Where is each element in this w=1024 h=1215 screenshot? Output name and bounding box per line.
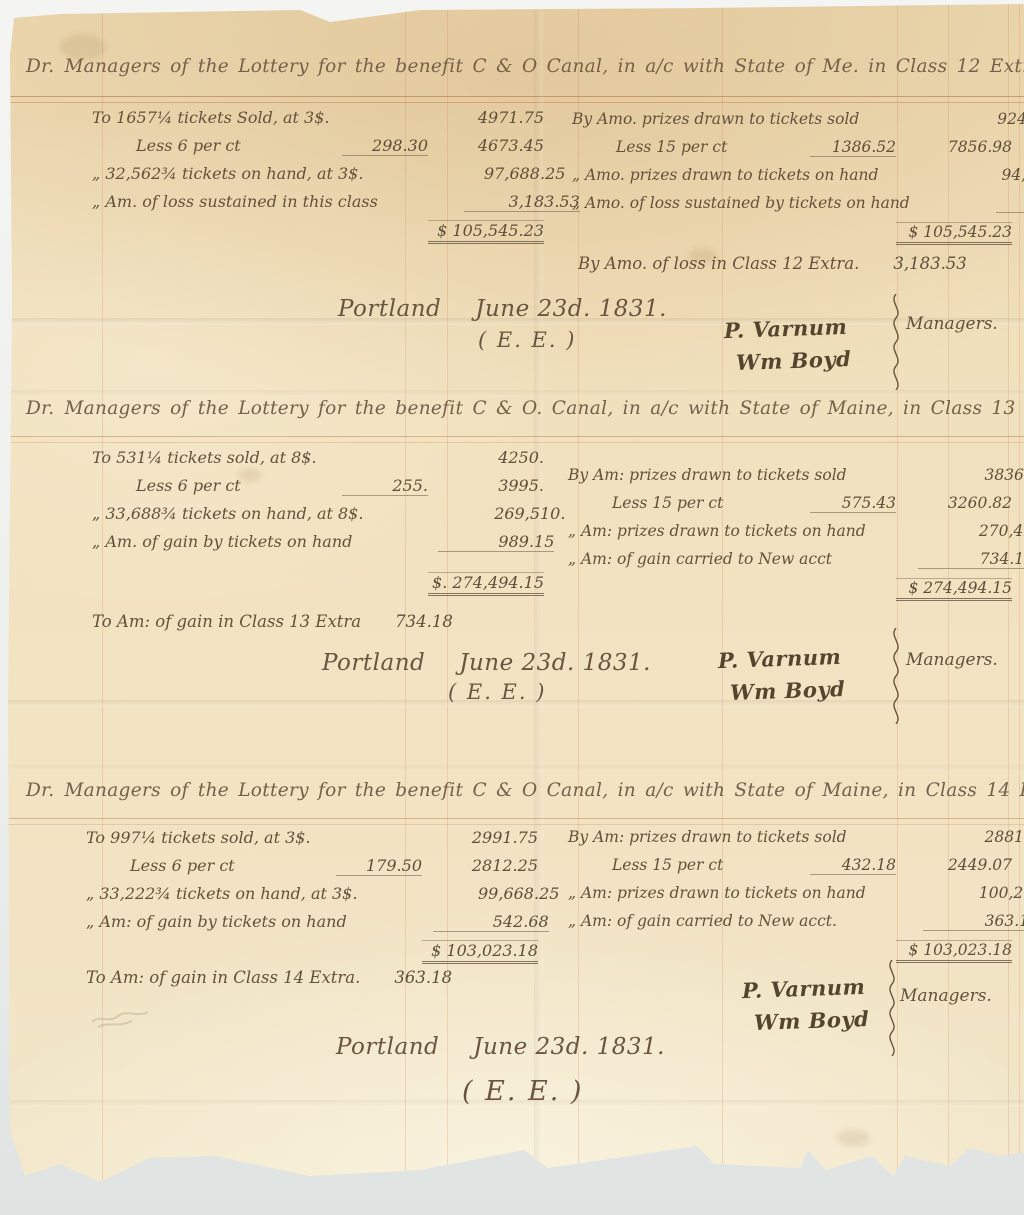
- balance-amount: 363.18: [394, 968, 452, 987]
- examined-mark: ( E. E. ): [448, 680, 546, 704]
- row-label: „ 33,688¾ tickets on hand, at 8$.: [92, 504, 363, 523]
- place-date-line: PortlandJune 23d. 1831.: [322, 650, 651, 676]
- ledger-row: „ Amo. prizes drawn to tickets on hand 9…: [572, 166, 1012, 194]
- ledger-row: „ Am: prizes drawn to tickets on hand 10…: [568, 884, 1012, 912]
- balance-amount: 3,183.53: [893, 254, 966, 273]
- amount-col-2: 269,510.: [449, 504, 565, 523]
- managers-label: Managers.: [906, 314, 998, 334]
- total-row: $ 103,023.18: [86, 940, 538, 968]
- date-text: June 23d. 1831.: [459, 650, 651, 676]
- place-name: Portland: [336, 1034, 439, 1060]
- row-label: To 531¼ tickets sold, at 8$.: [92, 448, 342, 467]
- managers-label: Managers.: [900, 986, 992, 1006]
- balance-label: By Amo. of loss in Class 12 Extra.: [578, 254, 859, 273]
- amount-col-2: 3,183.53: [464, 192, 580, 212]
- total-row: $ 105,545.23: [92, 220, 544, 248]
- header-dr-label: Dr.: [26, 780, 54, 801]
- total-row: $ 103,023.18: [568, 940, 1012, 968]
- row-label: To 997¼ tickets sold, at 3$.: [86, 828, 336, 847]
- brace-icon: [886, 628, 906, 728]
- date-text: June 23d. 1831.: [473, 1034, 665, 1060]
- ledger-row: „ Am: prizes drawn to tickets on hand 27…: [568, 522, 1012, 550]
- balance-line: To Am: of gain in Class 13 Extra734.18: [92, 612, 453, 631]
- row-label: Less 15 per ct: [568, 856, 810, 874]
- ledger-row: To 1657¼ tickets Sold, at 3$. 4971.75: [92, 108, 544, 136]
- amount-col-1: 432.18: [810, 856, 896, 875]
- row-label: Less 6 per ct: [92, 136, 342, 155]
- header-text: Managers of the Lottery for the benefit …: [64, 398, 1024, 419]
- header-underline: [0, 96, 1024, 103]
- row-label: Less 15 per ct: [568, 494, 810, 512]
- amount-col-2: 97,688.25: [449, 164, 565, 183]
- row-label: To 1657¼ tickets Sold, at 3$.: [92, 108, 342, 127]
- ledger-row: „ 33,222¾ tickets on hand, at 3$. 99,668…: [86, 884, 538, 912]
- row-label: „ 32,562¾ tickets on hand, at 3$.: [92, 164, 363, 183]
- balance-label: To Am: of gain in Class 14 Extra.: [86, 968, 360, 987]
- amount-col-2: 100,210.93: [952, 884, 1024, 902]
- scan-background: { "page": { "background_color": "#eef0ee…: [0, 0, 1024, 1215]
- ledger-row: Less 6 per ct 298.30 4673.45: [92, 136, 544, 164]
- row-label: „ Am: prizes drawn to tickets on hand: [568, 884, 866, 902]
- amount-col-2: 99,668.25: [443, 884, 559, 903]
- row-label: „ Amo. prizes drawn to tickets on hand: [572, 166, 878, 184]
- section-class-12-extra: Dr. Managers of the Lottery for the bene…: [0, 56, 1024, 396]
- ledger-row: Less 6 per ct 179.50 2812.25: [86, 856, 538, 884]
- credit-block: By Am: prizes drawn to tickets sold 3836…: [568, 466, 1012, 606]
- row-label: „ Am: of gain by tickets on hand: [86, 912, 347, 931]
- section-header: Dr. Managers of the Lottery for the bene…: [26, 398, 1020, 419]
- signature-varnum: P. Varnum: [718, 644, 842, 673]
- ledger-row: „ Am. of loss sustained in this class 3,…: [92, 192, 544, 220]
- amount-col-2: 542.68: [433, 912, 549, 932]
- ledger-row: By Amo. prizes drawn to tickets sold 924…: [572, 110, 1012, 138]
- examined-mark: ( E. E. ): [478, 328, 576, 352]
- amount-col-2: 3260.82: [896, 494, 1012, 512]
- amount-col-2: 2449.07: [896, 856, 1012, 874]
- header-dr-label: Dr.: [26, 56, 54, 77]
- signature-boyd: Wm Boyd: [730, 676, 846, 705]
- header-underline: [0, 818, 1024, 825]
- section-class-13-extra: Dr. Managers of the Lottery for the bene…: [0, 398, 1024, 728]
- total-amount: $ 105,545.23: [896, 222, 1012, 245]
- ledger-page: Dr. Managers of the Lottery for the bene…: [0, 0, 1024, 1215]
- signature-varnum: P. Varnum: [724, 314, 848, 343]
- ledger-row: „ Am: of gain by tickets on hand 542.68: [86, 912, 538, 940]
- managers-label: Managers.: [906, 650, 998, 670]
- ledger-row: By Am: prizes drawn to tickets sold 2881…: [568, 828, 1012, 856]
- debit-block: To 997¼ tickets sold, at 3$. 2991.75 Les…: [86, 828, 538, 968]
- total-amount: $ 103,023.18: [896, 940, 1012, 963]
- ledger-row: „ Am: of gain carried to New acct. 363.1…: [568, 912, 1012, 940]
- total-amount: $ 274,494.15: [896, 578, 1012, 601]
- amount-col-2: 94,803.02: [964, 166, 1024, 184]
- amount-col-2: 4250.: [428, 448, 544, 467]
- amount-col-2: 4971.75: [428, 108, 544, 127]
- row-label: By Amo. prizes drawn to tickets sold: [572, 110, 859, 128]
- amount-col-2: 270,499.15: [952, 522, 1024, 540]
- balance-line: To Am: of gain in Class 14 Extra.363.18: [86, 968, 452, 987]
- date-text: June 23d. 1831.: [475, 296, 667, 322]
- amount-col-2: 2881.25: [933, 828, 1024, 846]
- ledger-row: Less 15 per ct 1386.52 7856.98: [572, 138, 1012, 166]
- ledger-row: To 997¼ tickets sold, at 3$. 2991.75: [86, 828, 538, 856]
- row-label: „ Am: of gain carried to New acct.: [568, 912, 837, 930]
- ledger-row: By Am: prizes drawn to tickets sold 3836…: [568, 466, 1012, 494]
- signature-varnum: P. Varnum: [742, 974, 866, 1003]
- header-dr-label: Dr.: [26, 398, 54, 419]
- ledger-row: Less 15 per ct 575.43 3260.82: [568, 494, 1012, 522]
- pencil-smudge: [88, 1004, 158, 1034]
- amount-col-2: 2,885.23: [996, 194, 1024, 213]
- row-label: „ Am. of loss sustained in this class: [92, 192, 378, 211]
- examined-mark: ( E. E. ): [462, 1076, 583, 1107]
- row-label: Less 6 per ct: [86, 856, 336, 875]
- total-amount: $ 105,545.23: [428, 220, 544, 244]
- total-row: $ 105,545.23: [572, 222, 1012, 250]
- balance-line: By Amo. of loss in Class 12 Extra.3,183.…: [578, 254, 967, 273]
- row-label: Less 6 per ct: [92, 476, 342, 495]
- section-header: Dr. Managers of the Lottery for the bene…: [26, 56, 1020, 77]
- amount-col-2: 9243.50: [945, 110, 1024, 128]
- signature-boyd: Wm Boyd: [736, 346, 852, 375]
- total-row: $ 274,494.15: [568, 578, 1012, 606]
- place-date-line: PortlandJune 23d. 1831.: [336, 1034, 665, 1060]
- section-class-14-extra: Dr. Managers of the Lottery for the bene…: [0, 780, 1024, 1210]
- amount-col-1: 179.50: [336, 856, 422, 876]
- amount-col-1: 575.43: [810, 494, 896, 513]
- credit-block: By Amo. prizes drawn to tickets sold 924…: [572, 110, 1012, 250]
- ledger-row: „ 32,562¾ tickets on hand, at 3$. 97,688…: [92, 164, 544, 192]
- amount-col-1: 298.30: [342, 136, 428, 156]
- header-underline: [0, 436, 1024, 443]
- total-amount: $ 103,023.18: [422, 940, 538, 964]
- debit-block: To 531¼ tickets sold, at 8$. 4250. Less …: [92, 448, 544, 600]
- ledger-row: Less 15 per ct 432.18 2449.07: [568, 856, 1012, 884]
- place-date-line: PortlandJune 23d. 1831.: [338, 296, 667, 322]
- row-label: By Am: prizes drawn to tickets sold: [568, 828, 847, 846]
- amount-col-1: 255.: [342, 476, 428, 496]
- amount-col-2: 2812.25: [422, 856, 538, 875]
- row-label: „ Am: of gain carried to New acct: [568, 550, 832, 568]
- ledger-row: „ 33,688¾ tickets on hand, at 8$. 269,51…: [92, 504, 544, 532]
- brace-icon: [886, 294, 906, 394]
- amount-col-2: 3836.25: [933, 466, 1024, 484]
- amount-col-2: 2991.75: [422, 828, 538, 847]
- row-label: „ 33,222¾ tickets on hand, at 3$.: [86, 884, 357, 903]
- debit-block: To 1657¼ tickets Sold, at 3$. 4971.75 Le…: [92, 108, 544, 248]
- credit-block: By Am: prizes drawn to tickets sold 2881…: [568, 828, 1012, 968]
- place-name: Portland: [338, 296, 441, 322]
- row-label: Less 15 per ct: [572, 138, 810, 156]
- fold-crease: [0, 765, 1024, 772]
- ledger-row: „ Am: of gain carried to New acct 734.18: [568, 550, 1012, 578]
- header-text: Managers of the Lottery for the benefit …: [64, 780, 1024, 801]
- row-label: „ Am. of gain by tickets on hand: [92, 532, 352, 551]
- ledger-row: „ Am. of gain by tickets on hand 989.15: [92, 532, 544, 560]
- amount-col-2: 3995.: [428, 476, 544, 495]
- ledger-row: To 531¼ tickets sold, at 8$. 4250.: [92, 448, 544, 476]
- amount-col-2: 7856.98: [896, 138, 1012, 156]
- total-amount: $. 274,494.15: [428, 572, 544, 596]
- section-header: Dr. Managers of the Lottery for the bene…: [26, 780, 1020, 801]
- row-label: „ Am: prizes drawn to tickets on hand: [568, 522, 866, 540]
- row-label: By Am: prizes drawn to tickets sold: [568, 466, 847, 484]
- ledger-row: „ Amo. of loss sustained by tickets on h…: [572, 194, 1012, 222]
- brace-icon: [882, 960, 902, 1060]
- header-text: Managers of the Lottery for the benefit …: [64, 56, 1024, 77]
- row-label: „ Amo. of loss sustained by tickets on h…: [572, 194, 910, 212]
- amount-col-2: 734.18: [918, 550, 1024, 569]
- amount-col-2: 4673.45: [428, 136, 544, 155]
- signature-boyd: Wm Boyd: [754, 1006, 870, 1035]
- total-row: $. 274,494.15: [92, 572, 544, 600]
- amount-col-1: 1386.52: [810, 138, 896, 157]
- place-name: Portland: [322, 650, 425, 676]
- amount-col-2: 363.18: [923, 912, 1024, 931]
- amount-col-2: 989.15: [438, 532, 554, 552]
- ledger-row: Less 6 per ct 255. 3995.: [92, 476, 544, 504]
- balance-amount: 734.18: [395, 612, 453, 631]
- balance-label: To Am: of gain in Class 13 Extra: [92, 612, 361, 631]
